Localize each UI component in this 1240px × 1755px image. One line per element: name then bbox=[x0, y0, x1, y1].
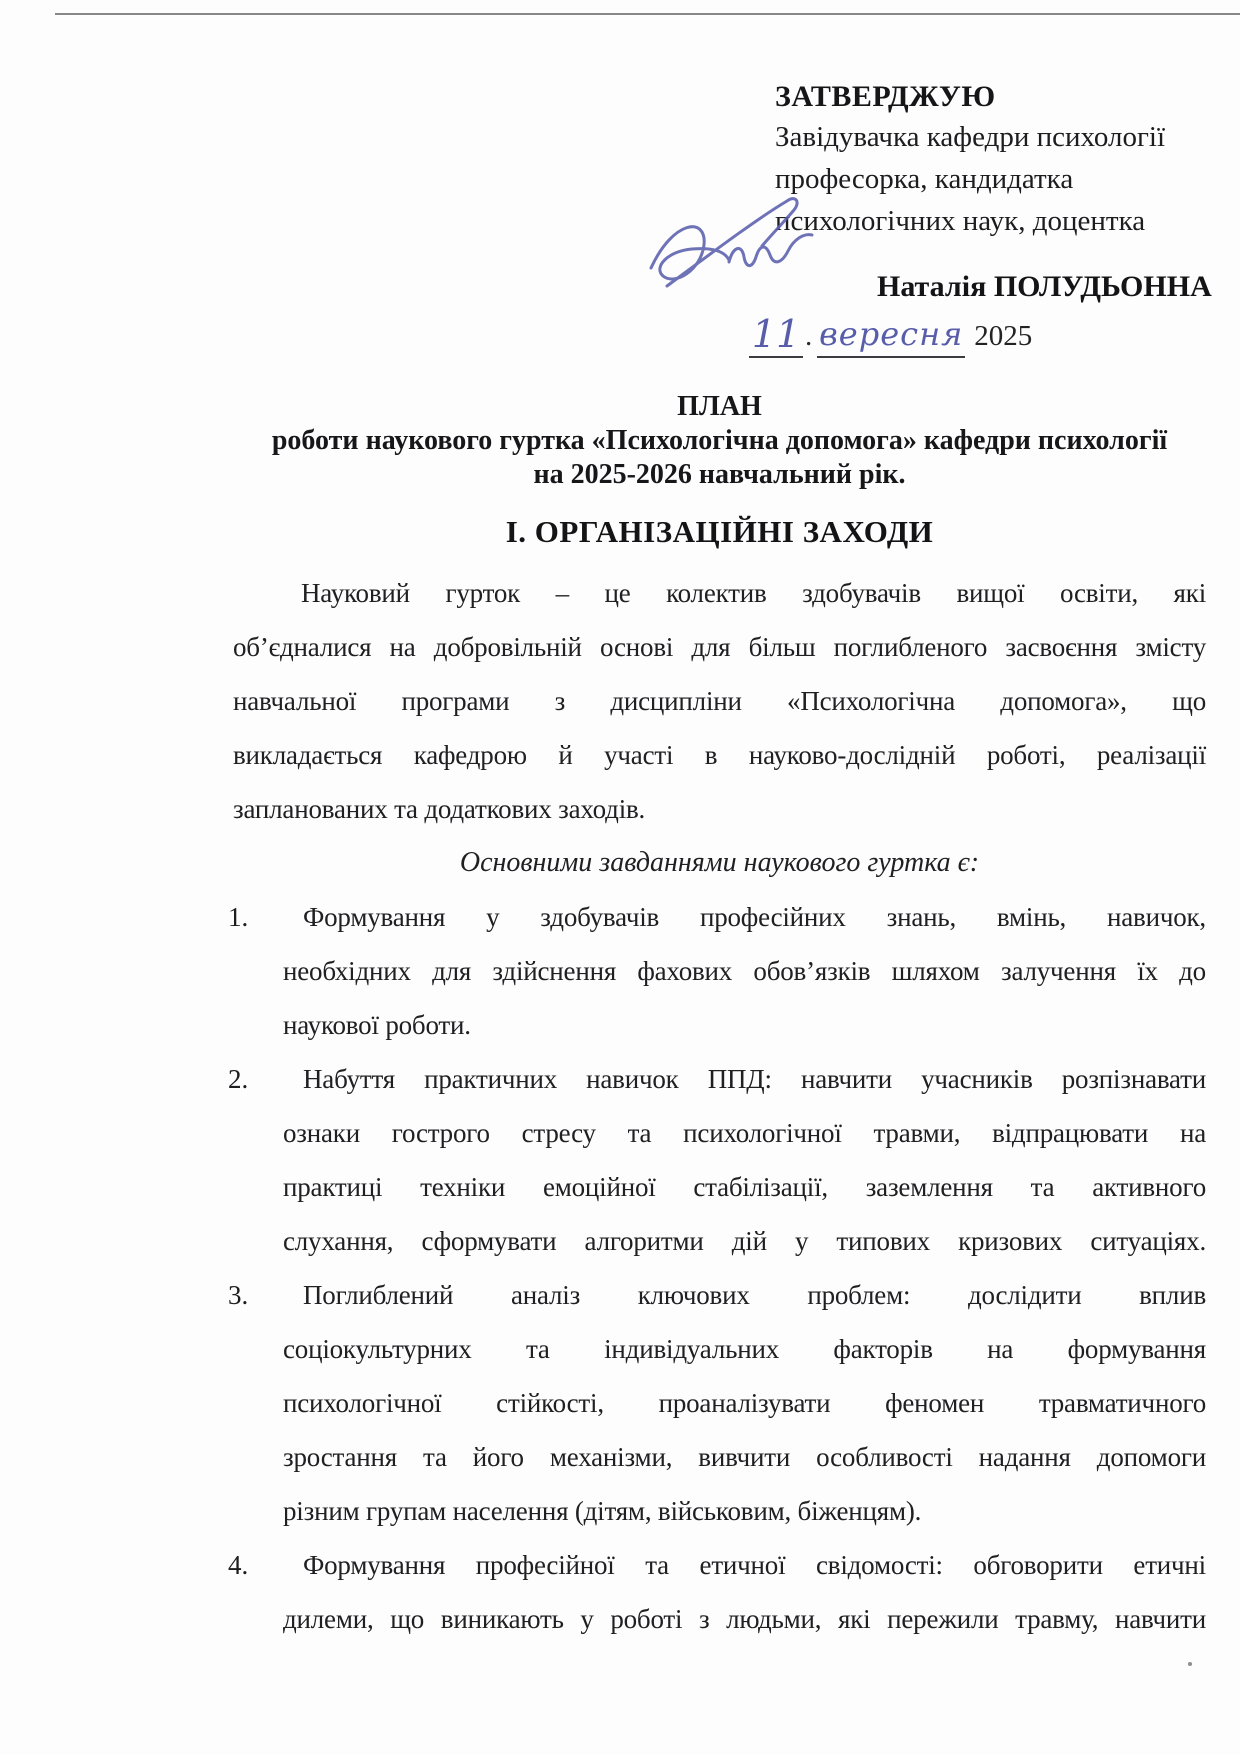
list-item-line: Поглиблений аналіз ключових проблем: дос… bbox=[303, 1268, 1206, 1322]
list-item-line: наукової роботи. bbox=[283, 998, 1206, 1052]
scan-edge-line bbox=[55, 13, 1240, 15]
tasks-intro: Основними завданнями наукового гуртка є: bbox=[233, 836, 1206, 890]
list-item: 2.Набуття практичних навичок ППД: навчит… bbox=[228, 1052, 1206, 1268]
paragraph-line: об’єдналися на добровільній основі для б… bbox=[233, 620, 1206, 674]
approval-line-1: Завідувачка кафедри психології bbox=[775, 116, 1205, 158]
section-heading: І. ОРГАНІЗАЦІЙНІ ЗАХОДИ bbox=[233, 514, 1206, 550]
paragraph-line: Науковий гурток – це колектив здобувачів… bbox=[233, 566, 1206, 620]
paragraph-line: запланованих та додаткових заходів. bbox=[233, 782, 1206, 836]
signature bbox=[633, 188, 883, 306]
date-year: 2025 bbox=[974, 314, 1032, 358]
list-item-first-line: 1.Формування у здобувачів професійних зн… bbox=[228, 890, 1206, 944]
list-item: 1.Формування у здобувачів професійних зн… bbox=[228, 890, 1206, 1052]
intro-paragraph: Науковий гурток – це колектив здобувачів… bbox=[233, 566, 1206, 836]
date-day-handwritten: 11 bbox=[749, 312, 803, 358]
signer-name: Наталія ПОЛУДЬОННА bbox=[877, 270, 1212, 304]
list-item-line: різним групам населення (дітям, військов… bbox=[283, 1484, 1206, 1538]
list-item-line: необхідних для здійснення фахових обов’я… bbox=[283, 944, 1206, 998]
paragraph-line: навчальної програми з дисципліни «Психол… bbox=[233, 674, 1206, 728]
approval-heading: ЗАТВЕРДЖУЮ bbox=[775, 78, 1205, 116]
document-title: ПЛАН роботи наукового гуртка «Психологіч… bbox=[233, 390, 1206, 492]
approval-date: 11.вересня2025 bbox=[749, 312, 1032, 362]
list-item-line: практиці техніки емоційної стабілізації,… bbox=[283, 1160, 1206, 1214]
list-item-number: 2. bbox=[228, 1052, 303, 1106]
list-item-first-line: 4.Формування професійної та етичної свід… bbox=[228, 1538, 1206, 1592]
list-item-number: 4. bbox=[228, 1538, 303, 1592]
list-item-line: слухання, сформувати алгоритми дій у тип… bbox=[283, 1214, 1206, 1268]
paragraph-line: викладається кафедрою й участі в науково… bbox=[233, 728, 1206, 782]
signature-ink-icon bbox=[633, 188, 883, 306]
title-line-1: ПЛАН bbox=[233, 390, 1206, 424]
scanned-document-page: ЗАТВЕРДЖУЮ Завідувачка кафедри психологі… bbox=[0, 0, 1240, 1755]
date-month-handwritten: вересня bbox=[817, 312, 965, 358]
list-item-first-line: 3.Поглиблений аналіз ключових проблем: д… bbox=[228, 1268, 1206, 1322]
list-item: 4.Формування професійної та етичної свід… bbox=[228, 1538, 1206, 1646]
title-line-2: роботи наукового гуртка «Психологічна до… bbox=[233, 424, 1206, 458]
list-item: 3.Поглиблений аналіз ключових проблем: д… bbox=[228, 1268, 1206, 1538]
scan-speck bbox=[1188, 1662, 1192, 1666]
list-item-line: ознаки гострого стресу та психологічної … bbox=[283, 1106, 1206, 1160]
list-item-line: Формування у здобувачів професійних знан… bbox=[303, 890, 1206, 944]
date-separator: . bbox=[805, 314, 812, 358]
list-item-line: соціокультурних та індивідуальних фактор… bbox=[283, 1322, 1206, 1376]
list-item-line: дилеми, що виникають у роботі з людьми, … bbox=[283, 1592, 1206, 1646]
list-item-line: зростання та його механізми, вивчити осо… bbox=[283, 1430, 1206, 1484]
list-item-number: 1. bbox=[228, 890, 303, 944]
list-item-line: психологічної стійкості, проаналізувати … bbox=[283, 1376, 1206, 1430]
list-item-line: Формування професійної та етичної свідом… bbox=[303, 1538, 1206, 1592]
title-line-3: на 2025-2026 навчальний рік. bbox=[233, 458, 1206, 492]
list-item-first-line: 2.Набуття практичних навичок ППД: навчит… bbox=[228, 1052, 1206, 1106]
tasks-list: 1.Формування у здобувачів професійних зн… bbox=[228, 890, 1206, 1646]
list-item-number: 3. bbox=[228, 1268, 303, 1322]
list-item-line: Набуття практичних навичок ППД: навчити … bbox=[303, 1052, 1206, 1106]
